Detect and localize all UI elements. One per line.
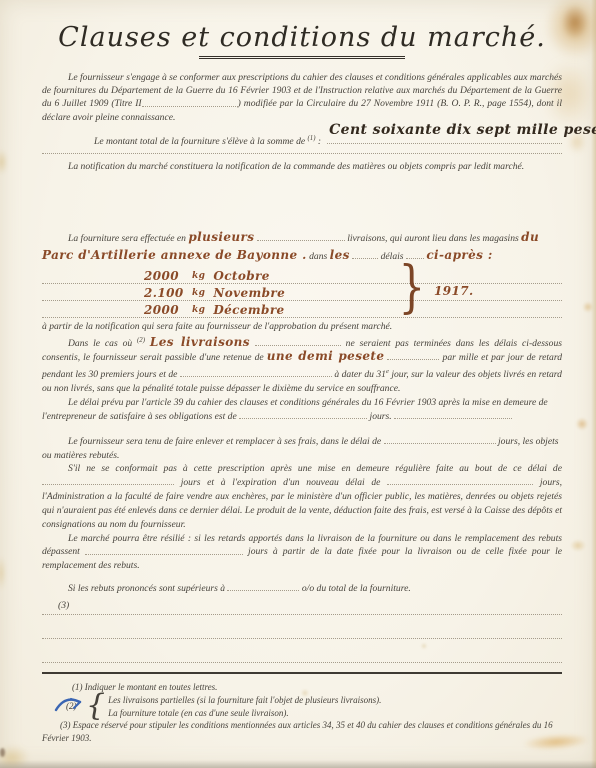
delai-text-2: jours. bbox=[370, 411, 392, 422]
handwritten-les-livraisons: Les livraisons bbox=[150, 335, 250, 349]
footnotes: (1) Indiquer le montant en toutes lettre… bbox=[42, 681, 562, 745]
enlever-text-2: jours, bbox=[498, 436, 520, 447]
blank-encheres-2 bbox=[387, 476, 533, 485]
blank-retenue-3 bbox=[180, 368, 332, 377]
paragraph-delivery: La fourniture sera effectuée en plusieur… bbox=[42, 229, 562, 265]
paragraph-retenue: Dans le cas où (2) Les livraisons ne ser… bbox=[42, 336, 562, 396]
footnote-2-line-b: La fourniture totale (en cas d'une seule… bbox=[108, 707, 381, 720]
schedule-unit: kg bbox=[192, 271, 205, 281]
blank-rebuts bbox=[227, 582, 299, 591]
rebuts-text-1: Si les rebuts prononcés sont supérieurs … bbox=[68, 583, 225, 594]
paragraph-engagement: Le fournisseur s'engage à se conformer a… bbox=[42, 71, 562, 124]
stain-bottom-left bbox=[0, 742, 34, 768]
rebuts-text-2: o/o du total de la fourniture. bbox=[302, 583, 411, 594]
paragraph-encheres: S'il ne se conformait pas à cette prescr… bbox=[42, 462, 562, 531]
amount-label: Le montant total de la fourniture s'élèv… bbox=[42, 135, 321, 148]
blank-space bbox=[42, 424, 562, 435]
retenue-text-1: Dans le cas où bbox=[68, 338, 132, 349]
schedule-brace: } bbox=[398, 262, 425, 314]
blue-pencil-mark bbox=[54, 694, 84, 718]
blank-delai-1 bbox=[239, 410, 367, 419]
ink-speck bbox=[0, 748, 5, 757]
dotted-separator bbox=[42, 153, 562, 154]
footnote-2-line-a: Les livraisons partielles (si la fournit… bbox=[108, 694, 381, 707]
blank-resiliation bbox=[85, 545, 243, 554]
blank-delivery-1 bbox=[257, 232, 345, 241]
blank-retenue-2 bbox=[387, 351, 439, 360]
superscript-e: e bbox=[386, 368, 389, 375]
footnote-2: (2) { Les livraisons partielles (si la f… bbox=[42, 694, 562, 719]
delivery-text-2: livraisons, qui auront lieu dans les mag… bbox=[347, 233, 519, 244]
note3-reference-line: (3) bbox=[42, 599, 562, 615]
schedule-row-october: 2000kgOctobre bbox=[42, 267, 562, 284]
amount-fill-line: Cent soixante dix sept mille pesetas bbox=[327, 127, 562, 144]
footnote-ref-3-inline: (3) bbox=[58, 600, 69, 611]
paragraph-rebuts: Si les rebuts prononcés sont supérieurs … bbox=[42, 582, 562, 595]
retenue-text-4: à dater du 31 bbox=[334, 369, 386, 380]
schedule-qty: 2000 bbox=[144, 269, 192, 283]
amount-handwritten-value: Cent soixante dix sept mille pesetas bbox=[329, 124, 596, 137]
paragraph-enlever: Le fournisseur sera tenu de faire enleve… bbox=[42, 435, 562, 463]
paragraph-resiliation: Le marché pourra être résilié : si les r… bbox=[42, 532, 562, 574]
title-underline bbox=[199, 56, 405, 59]
blank-delai-2 bbox=[394, 410, 512, 419]
footnote-ref-1-inline: (1) bbox=[308, 135, 316, 142]
handwritten-ci-apres: ci-après : bbox=[426, 248, 492, 262]
footnote-2-ref: (2) bbox=[66, 700, 84, 713]
footnote-ref-2-inline: (2) bbox=[137, 336, 145, 343]
schedule-qty: 2.100 bbox=[144, 286, 192, 300]
page-title: Clauses et conditions du marché. bbox=[42, 22, 562, 53]
enlever-text-1: Le fournisseur sera tenu de faire enleve… bbox=[68, 436, 381, 447]
schedule-month: Octobre bbox=[213, 269, 269, 283]
encheres-text-2: jours et à l'expiration d'un nouveau dél… bbox=[181, 477, 381, 488]
footnote-3-ref: (3) bbox=[60, 720, 71, 730]
schedule-unit: kg bbox=[192, 305, 205, 315]
paragraph-notification-tail: à partir de la notification qui sera fai… bbox=[42, 320, 562, 333]
blank-encheres-1 bbox=[42, 476, 174, 485]
delivery-schedule: 2000kgOctobre 2.100kgNovembre 2000kgDéce… bbox=[42, 267, 562, 318]
schedule-qty: 2000 bbox=[144, 303, 192, 317]
footnote-1-ref: (1) bbox=[72, 682, 83, 692]
footnote-rule bbox=[42, 672, 562, 674]
schedule-month: Novembre bbox=[213, 286, 285, 300]
paper-edge-bottom bbox=[0, 760, 596, 768]
blank-delivery-2 bbox=[352, 250, 378, 259]
handwritten-plusieurs: plusieurs bbox=[188, 230, 254, 244]
footnote-2-brace: { bbox=[86, 700, 105, 713]
paragraph-notification: La notification du marché constituera la… bbox=[42, 160, 562, 173]
schedule-row-november: 2.100kgNovembre bbox=[42, 284, 562, 301]
schedule-unit: kg bbox=[192, 288, 205, 298]
blank-space bbox=[42, 173, 562, 229]
handwritten-une-demi-pesete: une demi pesete bbox=[267, 349, 385, 363]
empty-dotted-line bbox=[42, 615, 562, 639]
footnote-3: (3) Espace réservé pour stipuler les con… bbox=[42, 719, 562, 744]
footnote-2-lines: Les livraisons partielles (si la fournit… bbox=[108, 694, 381, 719]
footnote-1: (1) Indiquer le montant en toutes lettre… bbox=[42, 681, 562, 694]
blank-enlever bbox=[384, 435, 496, 444]
paragraph-delai: Le délai prévu par l'article 39 du cahie… bbox=[42, 396, 562, 424]
amount-line: Le montant total de la fourniture s'élèv… bbox=[42, 127, 562, 148]
empty-dotted-line bbox=[42, 639, 562, 663]
handwritten-les: les bbox=[330, 248, 350, 262]
blank-retenue-1 bbox=[255, 336, 341, 345]
delivery-text-3: dans bbox=[309, 251, 327, 262]
blank-titre-ii bbox=[142, 97, 238, 106]
footnote-3-text: Espace réservé pour stipuler les conditi… bbox=[42, 720, 553, 743]
scanned-contract-page: Clauses et conditions du marché. Le four… bbox=[0, 0, 596, 768]
encheres-text-1: S'il ne se conformait pas à cette prescr… bbox=[68, 463, 562, 474]
delivery-text-1: La fourniture sera effectuée en bbox=[68, 233, 186, 244]
schedule-month: Décembre bbox=[213, 303, 284, 317]
handwritten-year: 1917. bbox=[434, 284, 474, 298]
schedule-row-december: 2000kgDécembre bbox=[42, 301, 562, 318]
